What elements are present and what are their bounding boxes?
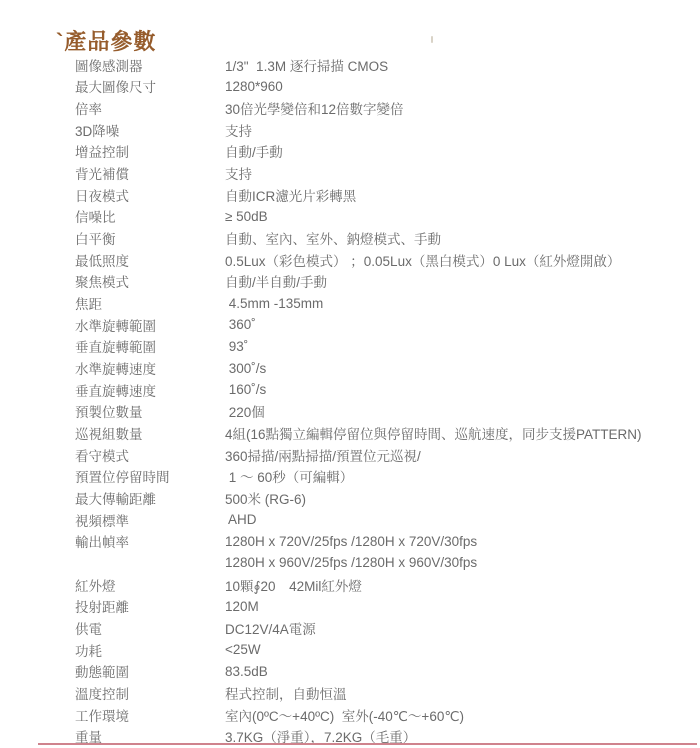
spec-row: 信噪比≥ 50dB	[75, 206, 700, 228]
spec-value: 1 ～ 60秒（可編輯）	[225, 466, 700, 486]
spec-label: 信噪比	[75, 206, 225, 226]
spec-table: 圖像感測器1/3" 1.3M 逐行掃描 CMOS最大圖像尺寸1280*960倍率…	[75, 54, 700, 747]
spec-label: 投射距離	[75, 596, 225, 616]
spec-row: 倍率30倍光學變倍和12倍數字變倍	[75, 97, 700, 119]
spec-value: 160˚/s	[225, 382, 700, 397]
spec-row: 投射距離120M	[75, 595, 700, 617]
spec-label: 倍率	[75, 98, 225, 118]
spec-value: 1280H x 720V/25fps /1280H x 720V/30fps	[225, 534, 700, 549]
spec-value: 220個	[225, 401, 700, 421]
spec-row: 3D降噪支持	[75, 119, 700, 141]
spec-row: 功耗<25W	[75, 639, 700, 661]
spec-value: <25W	[225, 642, 700, 657]
spec-row: 最大圖像尺寸1280*960	[75, 76, 700, 98]
spec-label: 水準旋轉速度	[75, 358, 225, 378]
spec-row: 工作環境室內(0ºC～+40ºC) 室外(-40℃～+60℃)	[75, 704, 700, 726]
spec-row: 供電DC12V/4A電源	[75, 617, 700, 639]
spec-row: 增益控制自動/手動	[75, 141, 700, 163]
spec-label: 圖像感測器	[75, 55, 225, 75]
spec-label: 工作環境	[75, 705, 225, 725]
spec-value: 1/3" 1.3M 逐行掃描 CMOS	[225, 55, 700, 75]
spec-label: 動態範圍	[75, 661, 225, 681]
spec-row: 背光補償支持	[75, 162, 700, 184]
spec-label: 預製位數量	[75, 401, 225, 421]
spec-value: 0.5Lux（彩色模式） ；0.05Lux（黑白模式）0 Lux（紅外燈開啟）	[225, 250, 700, 270]
spec-value: 自動/半自動/手動	[225, 271, 700, 291]
spec-row: 看守模式360掃描/兩點掃描/預置位元巡視/	[75, 444, 700, 466]
spec-label: 供電	[75, 618, 225, 638]
spec-label: 最大傳輸距離	[75, 488, 225, 508]
spec-label: 增益控制	[75, 141, 225, 161]
spec-value: 自動ICR濾光片彩轉黑	[225, 185, 700, 205]
spec-value: 300˚/s	[225, 361, 700, 376]
spec-row: 最低照度0.5Lux（彩色模式） ；0.05Lux（黑白模式）0 Lux（紅外燈…	[75, 249, 700, 271]
spec-value: ≥ 50dB	[225, 209, 700, 224]
spec-label: 預置位停留時間	[75, 466, 225, 486]
spec-value: 1280*960	[225, 79, 700, 94]
spec-value: 1280H x 960V/25fps /1280H x 960V/30fps	[225, 555, 700, 570]
spec-row: 水準旋轉速度 300˚/s	[75, 357, 700, 379]
spec-row: 圖像感測器1/3" 1.3M 逐行掃描 CMOS	[75, 54, 700, 76]
spec-value: 4.5mm -135mm	[225, 296, 700, 311]
spec-value: 自動、室內、室外、鈉燈模式、手動	[225, 228, 700, 248]
spec-label: 最大圖像尺寸	[75, 76, 225, 96]
spec-row: 巡視組數量4組(16點獨立編輯停留位與停留時間、巡航速度，同步支援PATTERN…	[75, 422, 700, 444]
spec-label: 最低照度	[75, 250, 225, 270]
spec-label: 焦距	[75, 293, 225, 313]
spec-value: 93˚	[225, 339, 700, 354]
spec-row: 預製位數量 220個	[75, 401, 700, 423]
spec-value: 10顆∮20 42Mil紅外燈	[225, 575, 700, 595]
spec-value: 360˚	[225, 317, 700, 332]
spec-label: 背光補償	[75, 163, 225, 183]
spec-label: 看守模式	[75, 445, 225, 465]
spec-value: 500米 (RG-6)	[225, 488, 700, 508]
spec-value: 83.5dB	[225, 664, 700, 679]
spec-row: 垂直旋轉速度 160˚/s	[75, 379, 700, 401]
spec-value: 4組(16點獨立編輯停留位與停留時間、巡航速度，同步支援PATTERN)	[225, 423, 700, 443]
spec-label: 垂直旋轉範圍	[75, 336, 225, 356]
spec-label: 紅外燈	[75, 575, 225, 595]
spec-row: 預置位停留時間 1 ～ 60秒（可編輯）	[75, 465, 700, 487]
spec-label: 水準旋轉範圍	[75, 315, 225, 335]
spec-label: 白平衡	[75, 228, 225, 248]
spec-label: 溫度控制	[75, 683, 225, 703]
spec-row: 溫度控制程式控制，自動恒溫	[75, 682, 700, 704]
spec-value: 30倍光學變倍和12倍數字變倍	[225, 98, 700, 118]
spec-value: 支持	[225, 163, 700, 183]
bottom-divider	[38, 743, 697, 745]
stray-tick-mark	[431, 36, 433, 43]
spec-row: 日夜模式自動ICR濾光片彩轉黑	[75, 184, 700, 206]
spec-row: 焦距 4.5mm -135mm	[75, 292, 700, 314]
spec-row: 輸出幀率1280H x 720V/25fps /1280H x 720V/30f…	[75, 530, 700, 552]
spec-row: 動態範圍83.5dB	[75, 660, 700, 682]
spec-label: 3D降噪	[75, 120, 225, 140]
spec-label: 視頻標準	[75, 510, 225, 530]
spec-row: 紅外燈10顆∮20 42Mil紅外燈	[75, 574, 700, 596]
spec-label: 日夜模式	[75, 185, 225, 205]
spec-row: 聚焦模式自動/半自動/手動	[75, 271, 700, 293]
spec-row: 視頻標準 AHD	[75, 509, 700, 531]
spec-value: AHD	[225, 512, 700, 527]
spec-label: 巡視組數量	[75, 423, 225, 443]
spec-row: 白平衡自動、室內、室外、鈉燈模式、手動	[75, 227, 700, 249]
spec-label: 輸出幀率	[75, 531, 225, 551]
spec-row: 垂直旋轉範圍 93˚	[75, 336, 700, 358]
spec-row: 水準旋轉範圍 360˚	[75, 314, 700, 336]
spec-value: 120M	[225, 599, 700, 614]
spec-row: 最大傳輸距離500米 (RG-6)	[75, 487, 700, 509]
spec-value: 室內(0ºC～+40ºC) 室外(-40℃～+60℃)	[225, 705, 700, 725]
spec-value: 360掃描/兩點掃描/預置位元巡視/	[225, 445, 700, 465]
spec-row: 1280H x 960V/25fps /1280H x 960V/30fps	[75, 552, 700, 574]
spec-value: 自動/手動	[225, 141, 700, 161]
spec-label: 垂直旋轉速度	[75, 380, 225, 400]
spec-label: 聚焦模式	[75, 271, 225, 291]
spec-value: DC12V/4A電源	[225, 618, 700, 638]
spec-label: 功耗	[75, 640, 225, 660]
spec-value: 支持	[225, 120, 700, 140]
spec-value: 程式控制，自動恒溫	[225, 683, 700, 703]
page-title: `產品參數	[56, 25, 156, 56]
